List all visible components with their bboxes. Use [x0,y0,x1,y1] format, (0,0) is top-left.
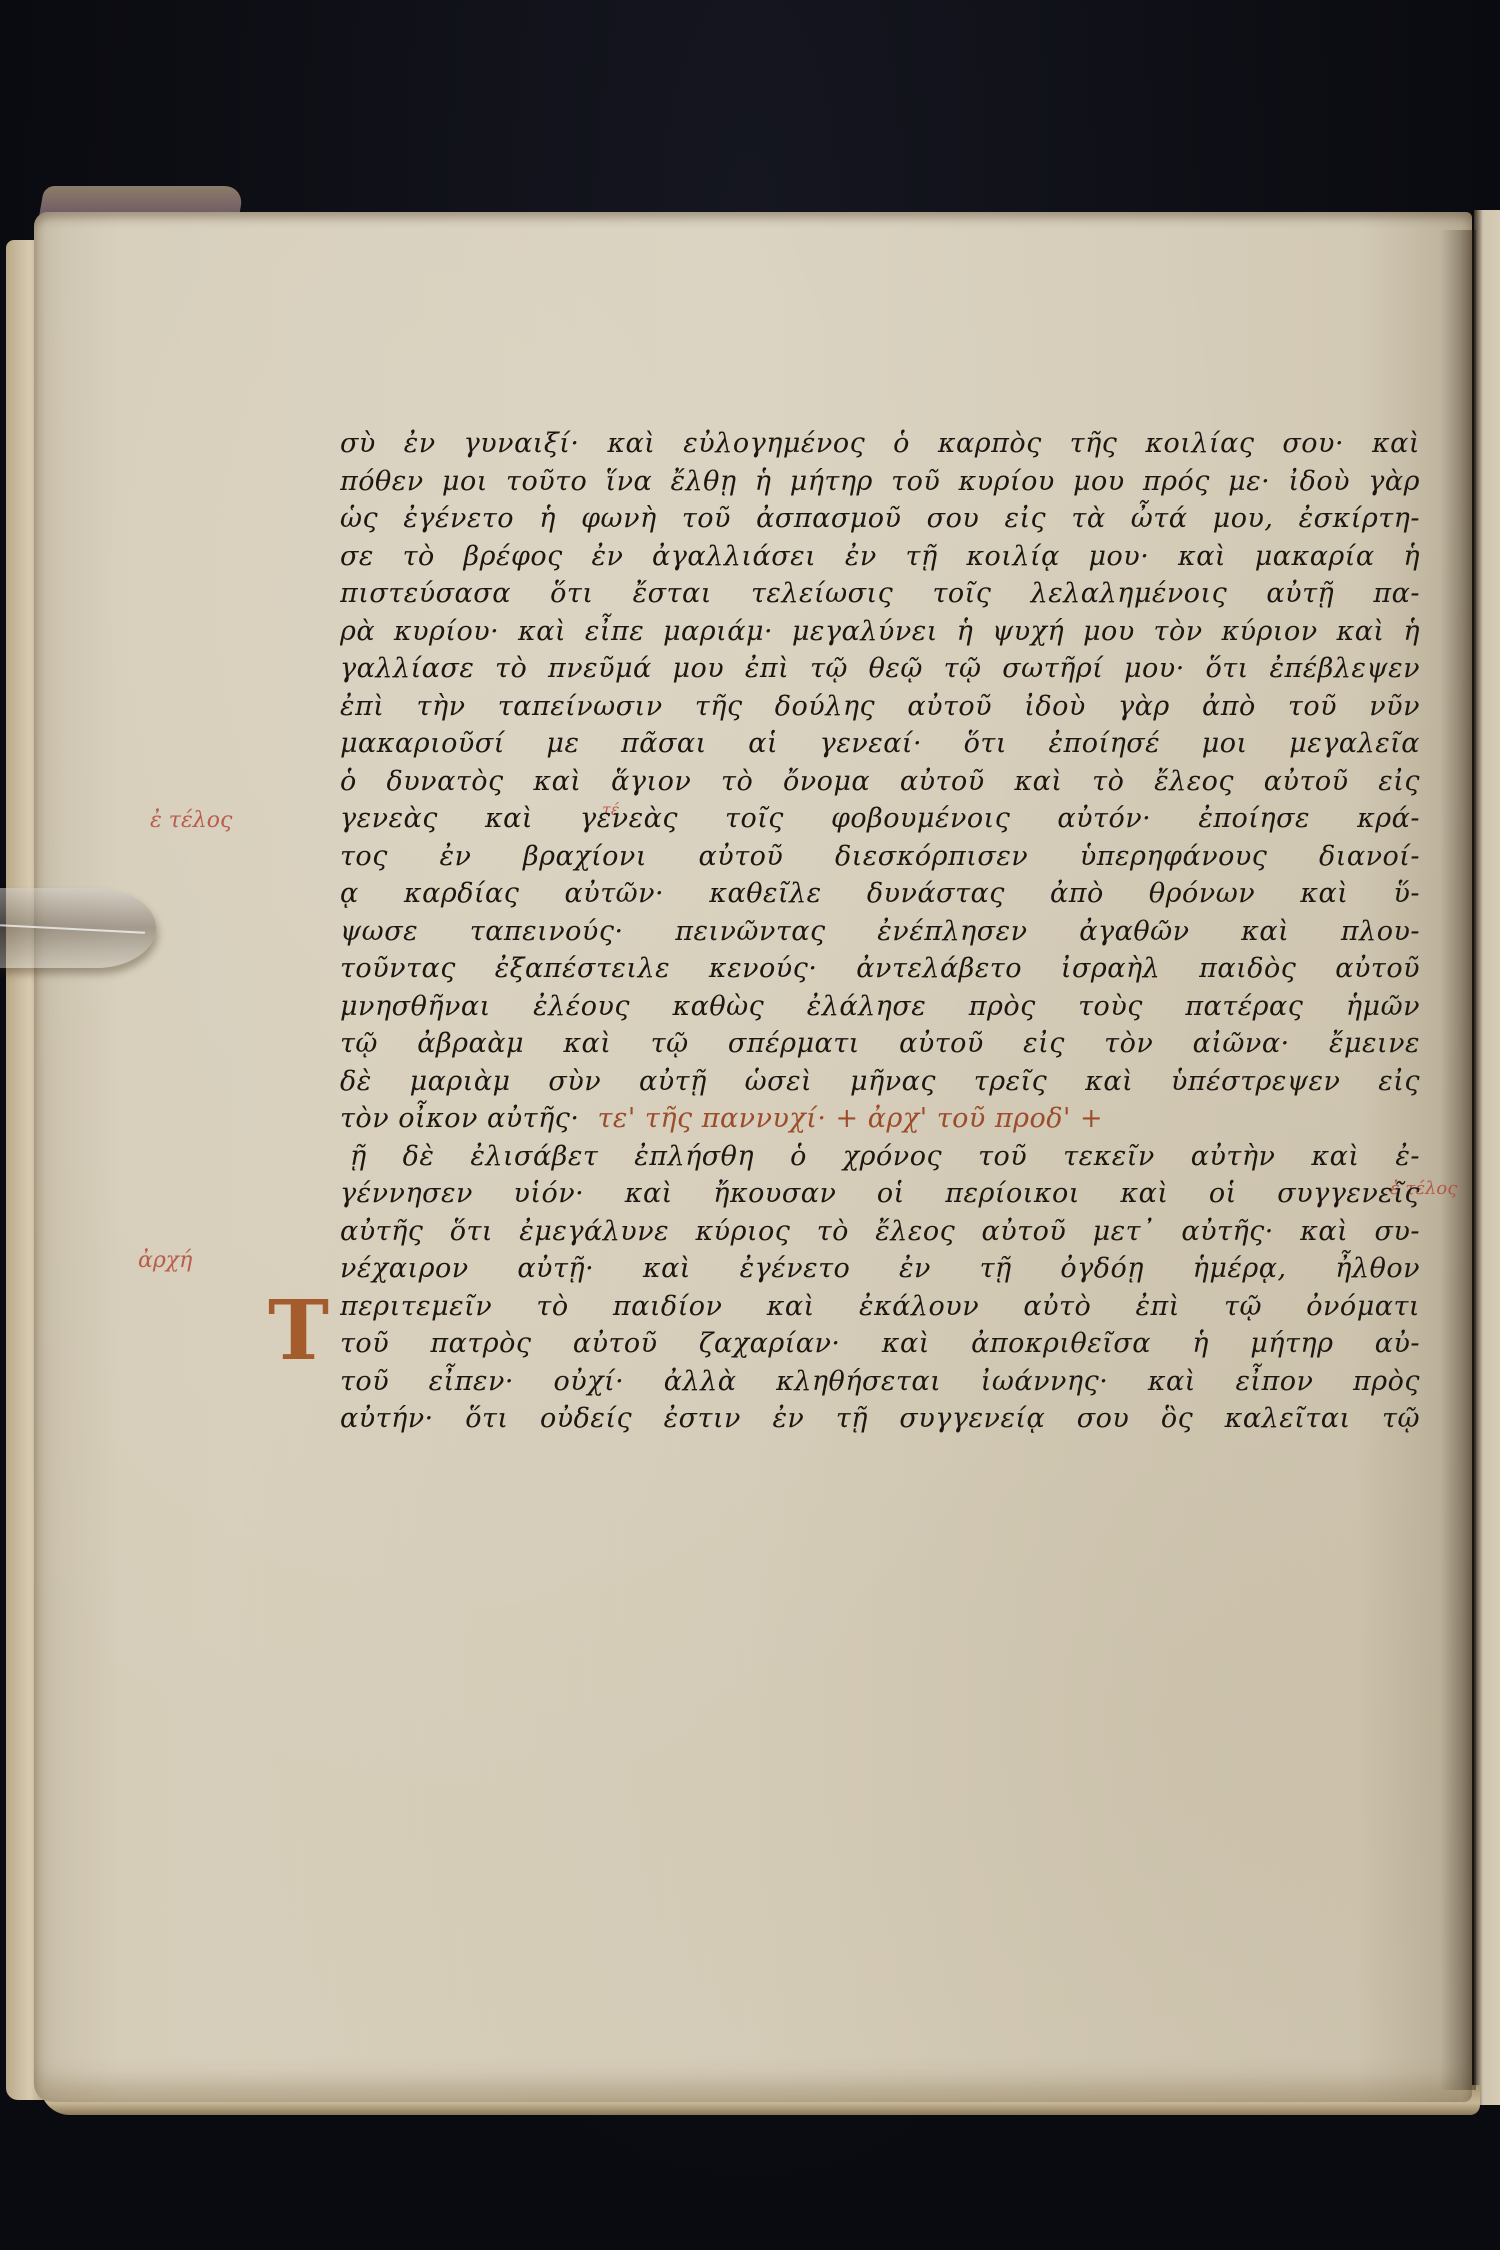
text-line: μακαριοῦσί με πᾶσαι αἱ γενεαί· ὅτι ἐποίη… [340,725,1420,763]
page-weight-marker [0,888,156,968]
margin-note-left-lower: ἀρχή [138,1248,192,1273]
text-line: σὺ ἐν γυναιξί· καὶ εὐλογημένος ὁ καρπὸς … [340,425,1420,463]
text-line: δὲ μαριὰμ σὺν αὐτῇ ὡσεὶ μῆνας τρεῖς καὶ … [340,1063,1420,1101]
rubric-heading: τε' τῆς παννυχί· + ἀρχ' τοῦ προδ' + [597,1100,1103,1138]
text-line: νέχαιρον αὐτῇ· καὶ ἐγένετο ἐν τῇ ὀγδόῃ ἡ… [340,1250,1420,1288]
text-line-end: τὸν οἶκον αὐτῆς· [340,1100,579,1138]
rubric-line: τὸν οἶκον αὐτῆς· τε' τῆς παννυχί· + ἀρχ'… [340,1100,1420,1138]
text-line: ᾳ καρδίας αὐτῶν· καθεῖλε δυνάστας ἀπὸ θρ… [340,875,1420,913]
text-line: πιστεύσασα ὅτι ἔσται τελείωσις τοῖς λελα… [340,575,1420,613]
text-line: ρὰ κυρίου· καὶ εἶπε μαριάμ· μεγαλύνει ἡ … [340,613,1420,651]
gutter-shadow [1440,230,1476,2090]
facing-page-edge [1474,210,1500,2105]
text-line: ἐπὶ τὴν ταπείνωσιν τῆς δούλης αὐτοῦ ἰδοὺ… [340,688,1420,726]
text-line: ὁ δυνατὸς καὶ ἅγιον τὸ ὄνομα αὐτοῦ καὶ τ… [340,763,1420,801]
text-line: σε τὸ βρέφος ἐν ἀγαλλιάσει ἐν τῇ κοιλίᾳ … [340,538,1420,576]
text-line: γενεὰς καὶ γενεὰς τοῖς φοβουμένοις αὐτόν… [340,800,1420,838]
text-line: πόθεν μοι τοῦτο ἵνα ἔλθῃ ἡ μήτηρ τοῦ κυρ… [340,463,1420,501]
text-line: αὐτήν· ὅτι οὐδείς ἐστιν ἐν τῇ συγγενείᾳ … [340,1400,1420,1438]
margin-note-left-upper: ἐ τέλος [150,808,232,833]
text-column: σὺ ἐν γυναιξί· καὶ εὐλογημένος ὁ καρπὸς … [340,425,1420,1438]
text-line: ῇ δὲ ἐλισάβετ ἐπλήσθη ὁ χρόνος τοῦ τεκεῖ… [340,1138,1420,1176]
text-line: τοῦντας ἐξαπέστειλε κενούς· ἀντελάβετο ἰ… [340,950,1420,988]
text-line: γέννησεν υἱόν· καὶ ἤκουσαν οἱ περίοικοι … [340,1175,1420,1213]
text-line: τοῦ πατρὸς αὐτοῦ ζαχαρίαν· καὶ ἀποκριθεῖ… [340,1325,1420,1363]
text-line: μνησθῆναι ἐλέους καθὼς ἐλάλησε πρὸς τοὺς… [340,988,1420,1026]
text-line: περιτεμεῖν τὸ παιδίον καὶ ἐκάλουν αὐτὸ ἐ… [340,1288,1420,1326]
text-line: τοῦ εἶπεν· οὐχί· ἀλλὰ κληθήσεται ἰωάννης… [340,1363,1420,1401]
text-line: ψωσε ταπεινούς· πεινῶντας ἐνέπλησεν ἀγαθ… [340,913,1420,951]
text-line: ὡς ἐγένετο ἡ φωνὴ τοῦ ἀσπασμοῦ σου εἰς τ… [340,500,1420,538]
decorated-initial: Τ [268,1290,329,1372]
text-line: αὐτῆς ὅτι ἐμεγάλυνε κύριος τὸ ἔλεος αὐτο… [340,1213,1420,1251]
text-line: τῷ ἀβραὰμ καὶ τῷ σπέρματι αὐτοῦ εἰς τὸν … [340,1025,1420,1063]
text-line: γαλλίασε τὸ πνεῦμά μου ἐπὶ τῷ θεῷ τῷ σωτ… [340,650,1420,688]
text-line: τος ἐν βραχίονι αὐτοῦ διεσκόρπισεν ὑπερη… [340,838,1420,876]
